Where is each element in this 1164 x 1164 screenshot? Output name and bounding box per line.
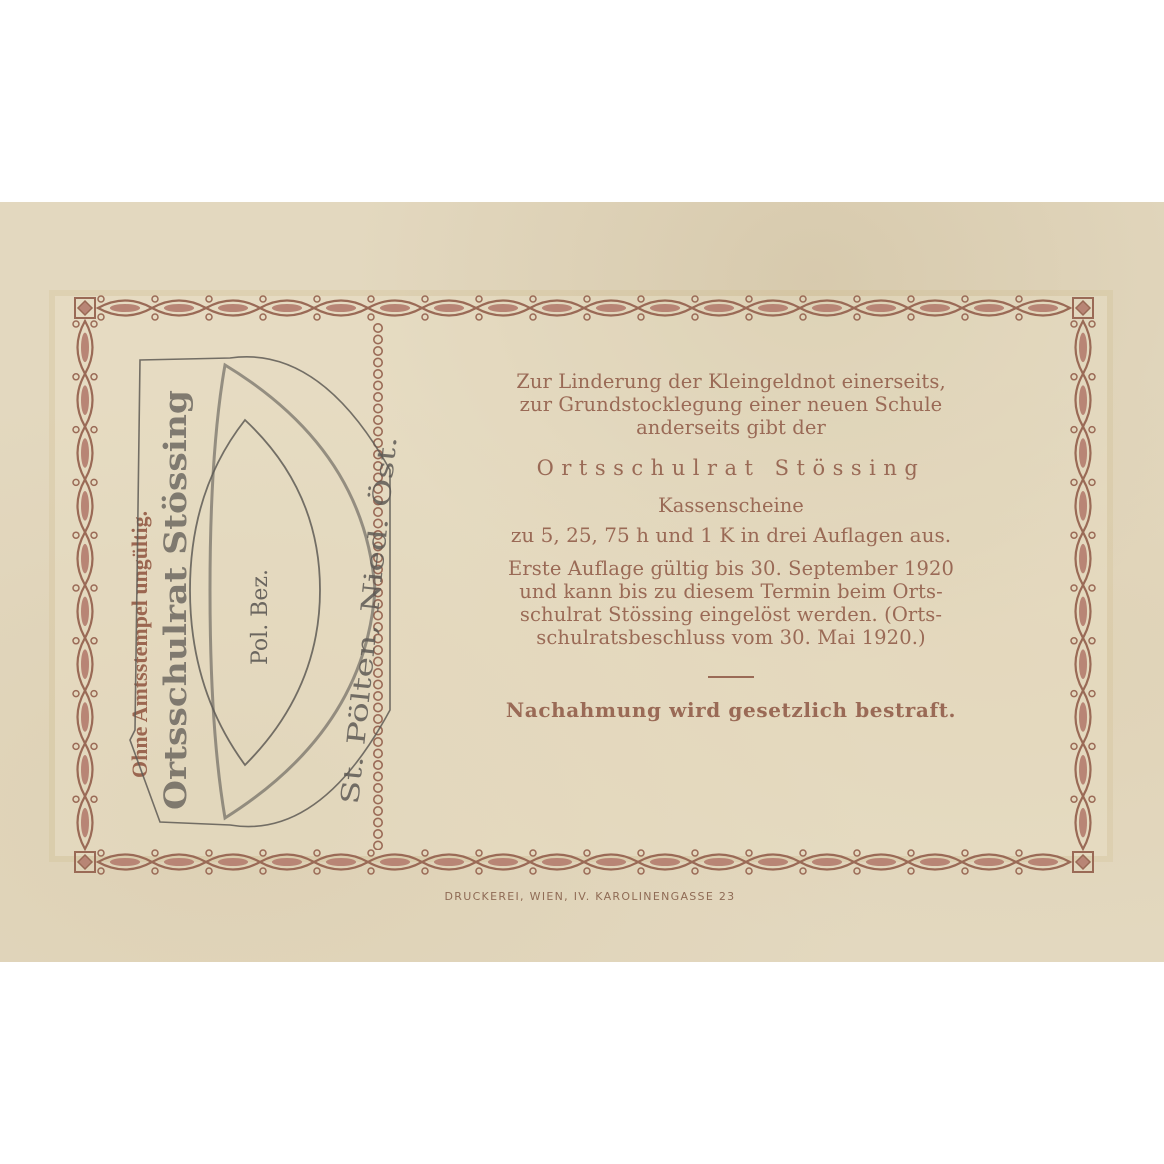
printer-imprint: DRUCKEREI, WIEN, IV. KAROLINENGASSE 23 [340,890,840,903]
stamp-center-text: Pol. Bez. [248,569,273,665]
validity-line: Erste Auflage gültig bis 30. September 1… [420,557,1042,580]
validity-line: schulrat Stössing eingelöst werden. (Ort… [420,603,1042,626]
counterfeit-warning: Nachahmung wird gesetzlich bestraft. [420,698,1042,722]
intro-line: anderseits gibt der [420,416,1042,439]
validity-text: Erste Auflage gültig bis 30. September 1… [420,557,1042,649]
validity-line: und kann bis zu diesem Termin beim Orts- [420,580,1042,603]
intro-line: zur Grundstocklegung einer neuen Schule [420,393,1042,416]
separator-dash [708,676,754,678]
validity-line: schulratsbeschluss vom 30. Mai 1920.) [420,626,1042,649]
note-title: Kassenscheine [420,494,1042,517]
denominations: zu 5, 25, 75 h und 1 K in drei Auflagen … [420,523,1042,547]
stamp-outer-text: Ortsschulrat Stössing [158,390,194,810]
official-stamp: Ortsschulrat Stössing Pol. Bez. St. Pölt… [120,350,400,830]
issuer-name: Ortsschulrat Stössing [420,455,1042,481]
intro-line: Zur Linderung der Kleingeldnot einerseit… [420,370,1042,393]
main-text: Zur Linderung der Kleingeldnot einerseit… [420,370,1042,722]
